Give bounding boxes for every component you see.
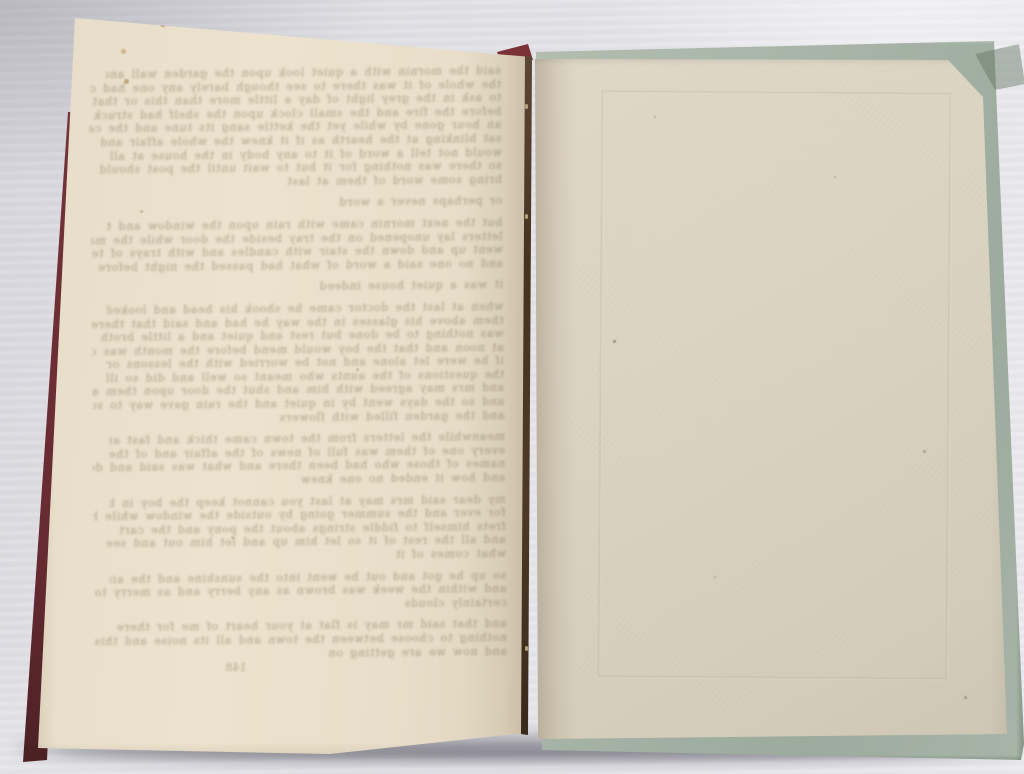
showthrough-line: and now we are getting on <box>95 644 507 662</box>
showthrough-line: and no one said a word of what had passe… <box>91 257 503 275</box>
paper-speck <box>231 536 234 539</box>
paper-speck <box>124 79 129 84</box>
right-endpaper <box>534 56 1012 744</box>
paper-speck <box>160 21 166 27</box>
showthrough-line: bring some word of them at last <box>90 173 502 191</box>
left-page: said the mornin with a quiet look upon t… <box>26 16 534 758</box>
paper-speck <box>121 49 126 54</box>
paper-speck <box>613 340 616 343</box>
paper-speck <box>834 176 836 178</box>
paper-speck <box>654 116 656 118</box>
showthrough-line: it was a quiet house indeed <box>107 278 503 296</box>
paper-speck <box>964 696 967 699</box>
showthrough-line: and the garden filled with flowers <box>92 408 504 426</box>
embossed-frame-impression <box>598 91 951 679</box>
showthrough-line: and how it ended no one knew <box>93 471 505 489</box>
showthrough-page-number: 148 <box>176 661 296 674</box>
showthrough-line: certainly clouds <box>94 596 506 614</box>
showthrough-line: what comes of it <box>94 547 506 565</box>
stitch-thread <box>525 646 528 651</box>
paper-speck <box>714 576 716 578</box>
showthrough-line: or perhaps never a word <box>106 194 502 212</box>
endpaper-gutter-shading <box>534 56 576 744</box>
paper-speck <box>356 368 359 371</box>
paper-speck <box>140 210 143 213</box>
stitch-thread <box>525 214 528 219</box>
book-photograph: said the mornin with a quiet look upon t… <box>0 0 1024 774</box>
showthrough-text-block: said the mornin with a quiet look upon t… <box>89 64 507 674</box>
stitch-thread <box>525 104 528 109</box>
paper-speck <box>923 450 926 453</box>
